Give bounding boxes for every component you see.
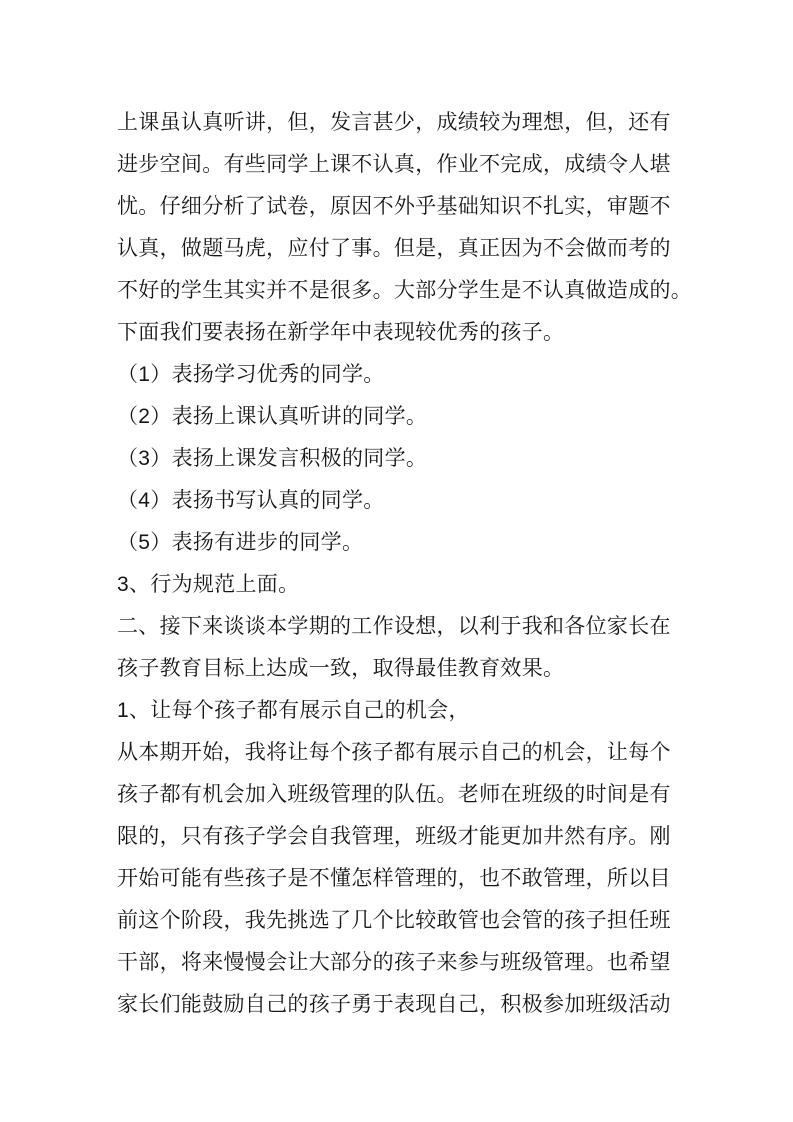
text-line: 限的，只有孩子学会自我管理，班级才能更加井然有序。刚: [117, 816, 683, 858]
text-line: 不好的学生其实并不是很多。大部分学生是不认真做造成的。: [117, 270, 683, 312]
text-line: 1、让每个孩子都有展示自己的机会，: [117, 690, 683, 732]
text-line: （1）表扬学习优秀的同学。: [117, 354, 683, 396]
document-page: 上课虽认真听讲，但，发言甚少，成绩较为理想，但，还有进步空间。有些同学上课不认真…: [0, 0, 793, 1122]
text-line: 下面我们要表扬在新学年中表现较优秀的孩子。: [117, 312, 683, 354]
text-line: 从本期开始，我将让每个孩子都有展示自己的机会，让每个: [117, 732, 683, 774]
text-line: （4）表扬书写认真的同学。: [117, 480, 683, 522]
text-line: 进步空间。有些同学上课不认真，作业不完成，成绩令人堪: [117, 144, 683, 186]
document-body: 上课虽认真听讲，但，发言甚少，成绩较为理想，但，还有进步空间。有些同学上课不认真…: [117, 102, 683, 1026]
text-line: （3）表扬上课发言积极的同学。: [117, 438, 683, 480]
text-line: （5）表扬有进步的同学。: [117, 522, 683, 564]
text-line: 上课虽认真听讲，但，发言甚少，成绩较为理想，但，还有: [117, 102, 683, 144]
text-line: 家长们能鼓励自己的孩子勇于表现自己，积极参加班级活动: [117, 984, 683, 1026]
text-line: 开始可能有些孩子是不懂怎样管理的，也不敢管理，所以目: [117, 858, 683, 900]
text-line: 干部，将来慢慢会让大部分的孩子来参与班级管理。也希望: [117, 942, 683, 984]
text-line: 前这个阶段，我先挑选了几个比较敢管也会管的孩子担任班: [117, 900, 683, 942]
text-line: 忧。仔细分析了试卷，原因不外乎基础知识不扎实，审题不: [117, 186, 683, 228]
text-line: 3、行为规范上面。: [117, 564, 683, 606]
text-line: （2）表扬上课认真听讲的同学。: [117, 396, 683, 438]
text-line: 二、接下来谈谈本学期的工作设想，以利于我和各位家长在: [117, 606, 683, 648]
text-line: 认真，做题马虎，应付了事。但是，真正因为不会做而考的: [117, 228, 683, 270]
text-line: 孩子都有机会加入班级管理的队伍。老师在班级的时间是有: [117, 774, 683, 816]
text-line: 孩子教育目标上达成一致，取得最佳教育效果。: [117, 648, 683, 690]
